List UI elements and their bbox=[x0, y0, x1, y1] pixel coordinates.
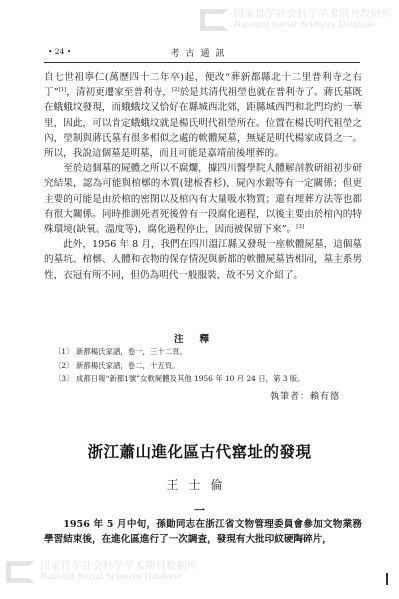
article1-paragraph-1: 自七世祖寧仁(萬歷四十二年卒)起，便改“葬新都縣北十二里普利寺之右丁”[1]，清… bbox=[44, 70, 362, 161]
article2-section-number: 一 bbox=[0, 502, 399, 518]
page-header: • 24 • 考古通訊 bbox=[48, 46, 353, 60]
watermark-cn: 国家哲学社会科学学术期刊数据库 bbox=[40, 561, 198, 572]
database-watermark-bottom: 国家哲学社会科学学术期刊数据库 National Social Sciences… bbox=[6, 561, 198, 583]
note-item: 〔2〕 新都楊氏家譜，卷二，十五頁。 bbox=[54, 359, 354, 373]
article1-body: 自七世祖寧仁(萬歷四十二年卒)起，便改“葬新都縣北十二里普利寺之右丁”[1]，清… bbox=[44, 70, 362, 283]
article1-paragraph-3: 此外，1956 年 8 月，我們在四川溫江縣又發現一座軟體屍墓，這個墓的墓坑、棺… bbox=[44, 237, 362, 283]
note-number: 〔3〕 bbox=[54, 372, 76, 386]
header-rule bbox=[44, 62, 360, 63]
article1-byline: 執筆者：賴有德 bbox=[270, 389, 340, 402]
notes-heading: 注釋 bbox=[0, 331, 399, 345]
watermark-en: National Social Sciences Database bbox=[40, 572, 198, 583]
footnote-ref-2: [2] bbox=[172, 87, 180, 93]
note-item: 〔1〕 新都楊氏家譜，卷一，三十二頁。 bbox=[54, 345, 354, 359]
journal-title: 考古通訊 bbox=[48, 46, 353, 59]
note-item: 〔3〕 成都日報“新都1號”女軟屍體及其他 1956 年 10 月 24 日，第… bbox=[54, 372, 354, 386]
article1-paragraph-2: 至於這個墓的屍體之所以不腐爛，據四川醫學院人體解剖教研組初步研究結果，認為可能與… bbox=[44, 161, 362, 237]
note-text: 新都楊氏家譜，卷二，十五頁。 bbox=[76, 359, 179, 373]
scan-artifact bbox=[386, 573, 388, 585]
note-number: 〔2〕 bbox=[54, 359, 76, 373]
database-logo-icon bbox=[200, 9, 228, 31]
note-text: 成都日報“新都1號”女軟屍體及其他 1956 年 10 月 24 日，第 3 版… bbox=[76, 372, 305, 386]
article2-paragraph-1: 1956 年 5 月中旬，孫勛同志在浙江省文物管理委員會參加文物業務學習結束後，… bbox=[44, 517, 362, 548]
database-logo-icon bbox=[6, 561, 34, 583]
article2-body: 1956 年 5 月中旬，孫勛同志在浙江省文物管理委員會參加文物業務學習結束後，… bbox=[44, 517, 362, 548]
article2-author: 王士倫 bbox=[0, 476, 399, 493]
watermark-en: National Social Sciences Database bbox=[234, 20, 392, 31]
watermark-cn: 国家哲学社会科学学术期刊数据库 bbox=[234, 9, 392, 20]
footnote-ref-3: [3] bbox=[296, 224, 304, 230]
database-watermark-top: 国家哲学社会科学学术期刊数据库 National Social Sciences… bbox=[200, 9, 392, 31]
notes-list: 〔1〕 新都楊氏家譜，卷一，三十二頁。 〔2〕 新都楊氏家譜，卷二，十五頁。 〔… bbox=[54, 345, 354, 386]
note-text: 新都楊氏家譜，卷一，三十二頁。 bbox=[76, 345, 187, 359]
note-number: 〔1〕 bbox=[54, 345, 76, 359]
article2-title: 浙江蕭山進化區古代窰址的發現 bbox=[0, 440, 399, 462]
